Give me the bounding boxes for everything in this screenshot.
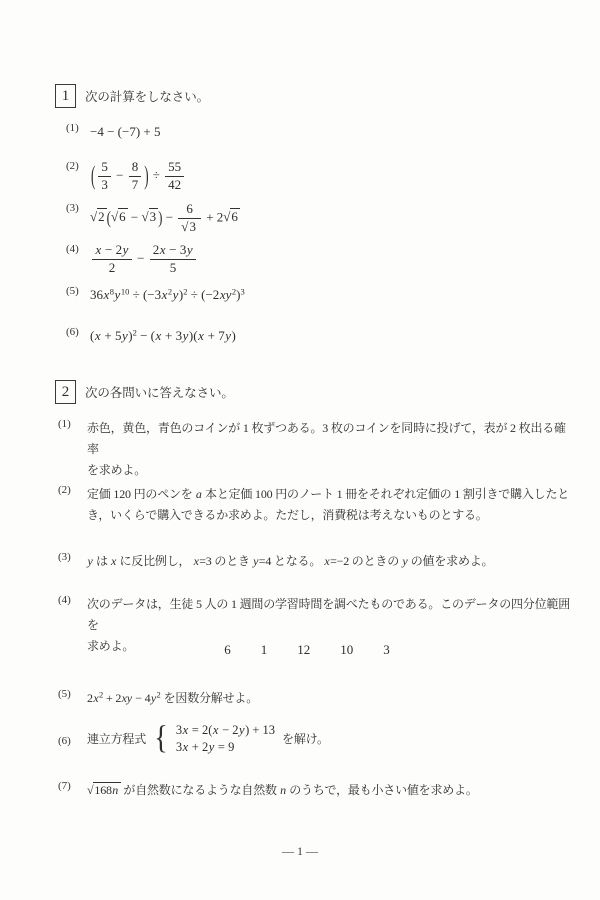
data-value: 10 <box>340 642 353 658</box>
page-number: — 1 — <box>0 844 600 859</box>
data-value: 1 <box>261 642 268 658</box>
p2-q5-label: (5) <box>58 688 71 700</box>
p1-q1: (1) −4 − (−7) + 5 <box>66 122 570 142</box>
data-value: 3 <box>383 642 390 658</box>
data-value: 6 <box>224 642 231 658</box>
p2-q1: (1) 赤色，黄色，青色のコインが 1 枚ずつある。3 枚のコインを同時に投げて… <box>58 418 570 481</box>
p2-q3: (3) y は x に反比例し， x=3 のとき y=4 となる。 x=−2 の… <box>58 551 570 572</box>
p1-q2-expression: (53 − 87) ÷ 5542 <box>90 160 570 193</box>
p1-q4: (4) x − 2y2 − 2x − 3y5 <box>66 243 570 276</box>
p2-q6-equation2: 3x + 2y = 9 <box>176 739 275 756</box>
p2-q3-text: y は x に反比例し， x=3 のとき y=4 となる。 x=−2 のときの … <box>87 551 570 572</box>
left-brace: { <box>154 724 167 754</box>
p2-q7-label: (7) <box>58 780 71 792</box>
p2-q7-text: 168n が自然数になるような自然数 n のうちで，最も小さい値を求めよ。 <box>87 780 570 801</box>
p2-q2-label: (2) <box>58 484 71 496</box>
p1-q3-expression: 2(6 − 3) − 63 + 26 <box>90 202 570 235</box>
p1-q5: (5) 36x8y10 ÷ (−3x2y)2 ÷ (−2xy2)3 <box>66 285 570 305</box>
p2-q7: (7) 168n が自然数になるような自然数 n のうちで，最も小さい値を求めよ… <box>58 780 570 801</box>
problem1-header: 1 次の計算をしなさい。 <box>55 84 209 108</box>
p2-q1-text-line2: を求めよ。 <box>87 460 570 481</box>
problem2-header: 2 次の各問いに答えなさい。 <box>55 380 234 404</box>
p1-q1-label: (1) <box>66 122 79 134</box>
p2-q3-label: (3) <box>58 551 71 563</box>
p1-q4-expression: x − 2y2 − 2x − 3y5 <box>90 243 570 276</box>
p2-q6-label: (6) <box>58 735 71 747</box>
p1-q2: (2) (53 − 87) ÷ 5542 <box>66 160 570 193</box>
problem1-instruction: 次の計算をしなさい。 <box>85 87 209 105</box>
p1-q5-label: (5) <box>66 285 79 297</box>
p1-q6-expression: (x + 5y)2 − (x + 3y)(x + 7y) <box>90 326 570 346</box>
p2-q6: (6) 連立方程式 { 3x = 2(x − 2y) + 13 3x + 2y … <box>58 722 570 756</box>
p1-q3-label: (3) <box>66 202 79 214</box>
p2-q2-text-line2: き，いくらで購入できるか求めよ。ただし，消費税は考えないものとする。 <box>87 505 570 526</box>
p2-q2-text-line1: 定価 120 円のペンを a 本と定価 100 円のノート 1 冊をそれぞれ定価… <box>87 484 570 505</box>
p1-q3: (3) 2(6 − 3) − 63 + 26 <box>66 202 570 235</box>
p2-q4-data-values: 6 1 12 10 3 <box>7 642 600 658</box>
p1-q2-label: (2) <box>66 160 79 172</box>
exam-page: 1 次の計算をしなさい。 (1) −4 − (−7) + 5 (2) (53 −… <box>0 0 600 900</box>
p2-q4-label: (4) <box>58 594 71 606</box>
p2-q6-suffix: を解け。 <box>282 729 329 750</box>
p1-q6: (6) (x + 5y)2 − (x + 3y)(x + 7y) <box>66 326 570 346</box>
p2-q1-text-line1: 赤色，黄色，青色のコインが 1 枚ずつある。3 枚のコインを同時に投げて，表が … <box>87 418 570 460</box>
p2-q6-equations: 3x = 2(x − 2y) + 13 3x + 2y = 9 <box>176 722 275 756</box>
problem1-number-box: 1 <box>55 84 76 108</box>
p2-q5-text: 2x2 + 2xy − 4y2 を因数分解せよ。 <box>87 688 570 709</box>
p2-q4-text-line1: 次のデータは，生徒 5 人の 1 週間の学習時間を調べたものである。このデータの… <box>87 594 570 636</box>
p2-q5: (5) 2x2 + 2xy − 4y2 を因数分解せよ。 <box>58 688 570 709</box>
problem2-number-box: 2 <box>55 380 76 404</box>
p2-q1-label: (1) <box>58 418 71 430</box>
problem2-instruction: 次の各問いに答えなさい。 <box>85 383 234 401</box>
p2-q6-prefix: 連立方程式 <box>87 729 146 750</box>
p2-q6-equation1: 3x = 2(x − 2y) + 13 <box>176 722 275 739</box>
p1-q5-expression: 36x8y10 ÷ (−3x2y)2 ÷ (−2xy2)3 <box>90 285 570 305</box>
p1-q1-expression: −4 − (−7) + 5 <box>90 122 570 142</box>
data-value: 12 <box>297 642 310 658</box>
p1-q4-label: (4) <box>66 243 79 255</box>
p2-q2: (2) 定価 120 円のペンを a 本と定価 100 円のノート 1 冊をそれ… <box>58 484 570 526</box>
p1-q6-label: (6) <box>66 326 79 338</box>
